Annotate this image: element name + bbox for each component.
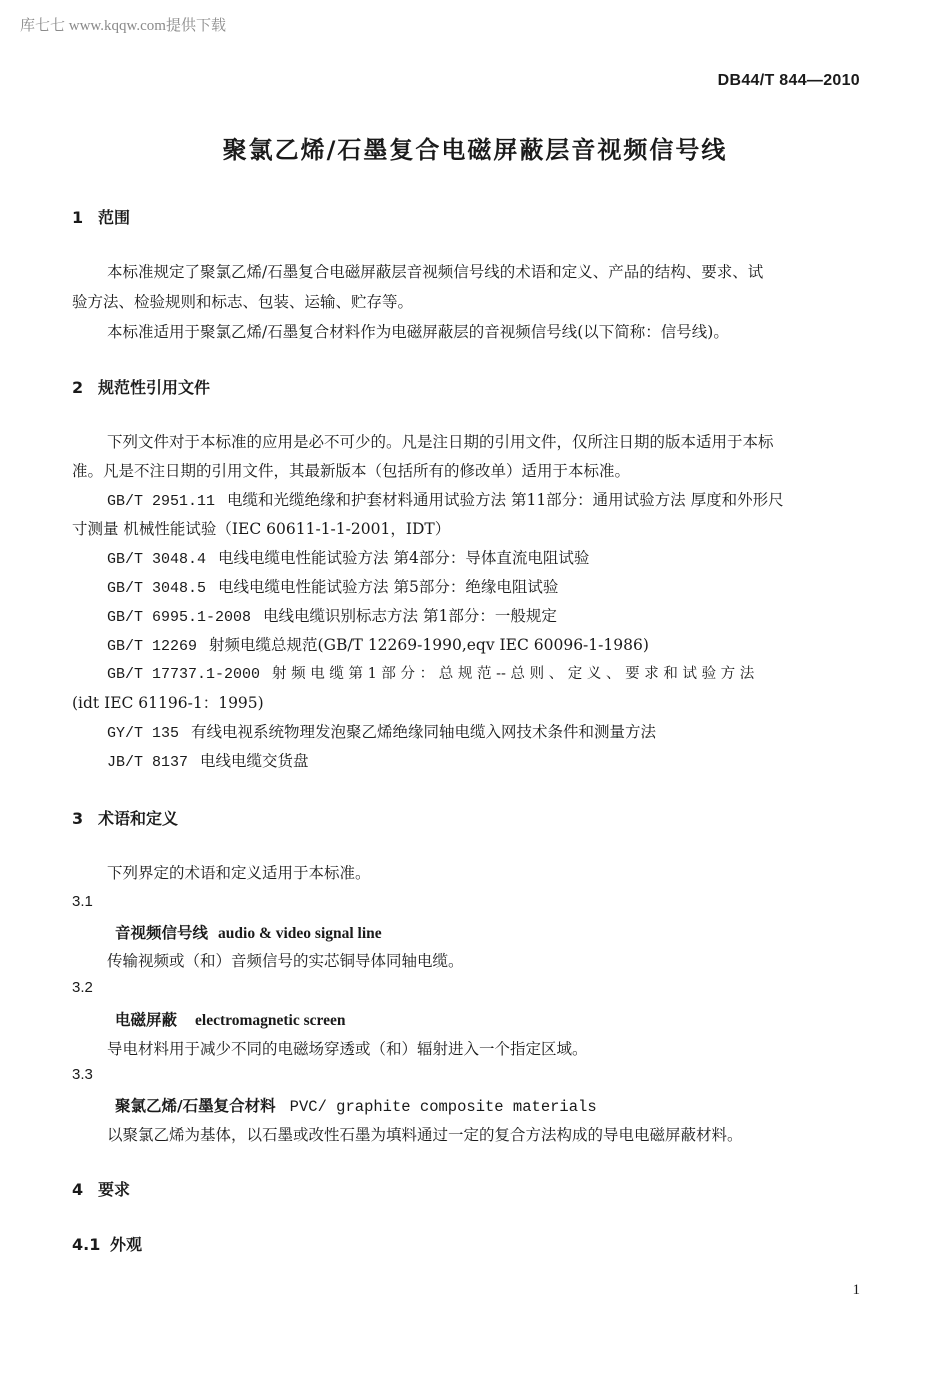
term-en: audio & video signal line [218,925,382,942]
reference-title: 电缆和光缆绝缘和护套材料通用试验方法 第11部分：通用试验方法 厚度和外形尺 [227,491,784,509]
section-number: 2 [72,378,98,397]
reference-item: JB/T 8137电线电缆交货盘 [107,749,309,771]
watermark: 库七七 www.kqqw.com提供下载 [20,14,226,35]
paragraph: 下列文件对于本标准的应用是必不可少的。凡是注日期的引用文件，仅所注日期的版本适用… [107,430,774,452]
reference-code: GB/T 6995.1-2008 [107,609,251,626]
reference-item: GB/T 3048.5电线电缆电性能试验方法 第5部分：绝缘电阻试验 [107,575,558,597]
paragraph: 下列界定的术语和定义适用于本标准。 [107,861,371,883]
section-title: 范围 [98,208,130,227]
section-title: 要求 [98,1180,130,1199]
section-title: 外观 [110,1235,142,1254]
section-title: 术语和定义 [98,809,178,828]
term-heading: 聚氯乙烯/石墨复合材料PVC/ graphite composite mater… [115,1094,597,1116]
reference-continuation: 寸测量 机械性能试验（IEC 60611-1-1-2001，IDT） [72,517,450,539]
reference-title: 射 频 电 缆 第 1 部 分 ： 总 规 范 -- 总 则 、 定 义 、 要… [272,666,754,682]
term-number: 3.2 [72,979,93,996]
term-zh: 聚氯乙烯/石墨复合材料 [115,1097,276,1115]
reference-title: 有线电视系统物理发泡聚乙烯绝缘同轴电缆入网技术条件和测量方法 [191,723,656,741]
reference-code: GB/T 12269 [107,638,197,655]
section-number: 4 [72,1180,98,1199]
reference-title: 电线电缆电性能试验方法 第5部分：绝缘电阻试验 [218,578,558,596]
reference-item: GB/T 17737.1-2000射 频 电 缆 第 1 部 分 ： 总 规 范… [107,662,754,683]
reference-continuation: (idt IEC 61196-1：1995) [72,691,264,713]
term-zh: 音视频信号线 [115,924,208,942]
reference-code: GB/T 3048.4 [107,551,206,568]
reference-title: 射频电缆总规范(GB/T 12269-1990,eqv IEC 60096-1-… [209,636,649,654]
section-number: 4.1 [72,1235,110,1254]
section-2-heading: 2规范性引用文件 [72,375,210,398]
reference-code: GY/T 135 [107,725,179,742]
section-1-heading: 1范围 [72,205,130,228]
term-en: electromagnetic screen [195,1012,345,1029]
term-en: PVC/ graphite composite materials [290,1098,597,1116]
reference-code: GB/T 2951.11 [107,493,215,510]
reference-code: JB/T 8137 [107,754,188,771]
subsection-4-1-heading: 4.1外观 [72,1232,142,1255]
section-4-heading: 4要求 [72,1177,130,1200]
reference-title: 电线电缆识别标志方法 第1部分：一般规定 [263,607,557,625]
term-definition: 传输视频或（和）音频信号的实芯铜导体同轴电缆。 [107,949,464,971]
document-title: 聚氯乙烯/石墨复合电磁屏蔽层音视频信号线 [0,130,950,165]
reference-title: 电线电缆电性能试验方法 第4部分：导体直流电阻试验 [218,549,589,567]
section-number: 1 [72,208,98,227]
reference-code: GB/T 17737.1-2000 [107,666,260,683]
term-definition: 以聚氯乙烯为基体，以石墨或改性石墨为填料通过一定的复合方法构成的导电电磁屏蔽材料… [107,1123,743,1145]
term-number: 3.1 [72,893,93,910]
standard-code: DB44/T 844—2010 [718,72,860,90]
reference-item: GB/T 12269射频电缆总规范(GB/T 12269-1990,eqv IE… [107,633,649,655]
paragraph: 准。凡是不注日期的引用文件，其最新版本（包括所有的修改单）适用于本标准。 [72,459,630,481]
paragraph: 本标准规定了聚氯乙烯/石墨复合电磁屏蔽层音视频信号线的术语和定义、产品的结构、要… [107,260,763,282]
reference-title: 电线电缆交货盘 [200,752,309,770]
term-heading: 电磁屏蔽electromagnetic screen [115,1008,346,1030]
term-number: 3.3 [72,1066,93,1083]
section-3-heading: 3术语和定义 [72,806,178,829]
page-number: 1 [853,1282,861,1299]
term-zh: 电磁屏蔽 [115,1011,177,1029]
section-title: 规范性引用文件 [98,378,210,397]
reference-item: GB/T 6995.1-2008电线电缆识别标志方法 第1部分：一般规定 [107,604,557,626]
term-definition: 导电材料用于减少不同的电磁场穿透或（和）辐射进入一个指定区域。 [107,1037,588,1059]
reference-item: GY/T 135有线电视系统物理发泡聚乙烯绝缘同轴电缆入网技术条件和测量方法 [107,720,656,742]
paragraph: 本标准适用于聚氯乙烯/石墨复合材料作为电磁屏蔽层的音视频信号线(以下简称：信号线… [107,320,729,342]
reference-code: GB/T 3048.5 [107,580,206,597]
term-heading: 音视频信号线audio & video signal line [115,921,382,943]
reference-item: GB/T 2951.11电缆和光缆绝缘和护套材料通用试验方法 第11部分：通用试… [107,488,784,510]
section-number: 3 [72,809,98,828]
reference-item: GB/T 3048.4电线电缆电性能试验方法 第4部分：导体直流电阻试验 [107,546,589,568]
paragraph: 验方法、检验规则和标志、包装、运输、贮存等。 [72,290,413,312]
